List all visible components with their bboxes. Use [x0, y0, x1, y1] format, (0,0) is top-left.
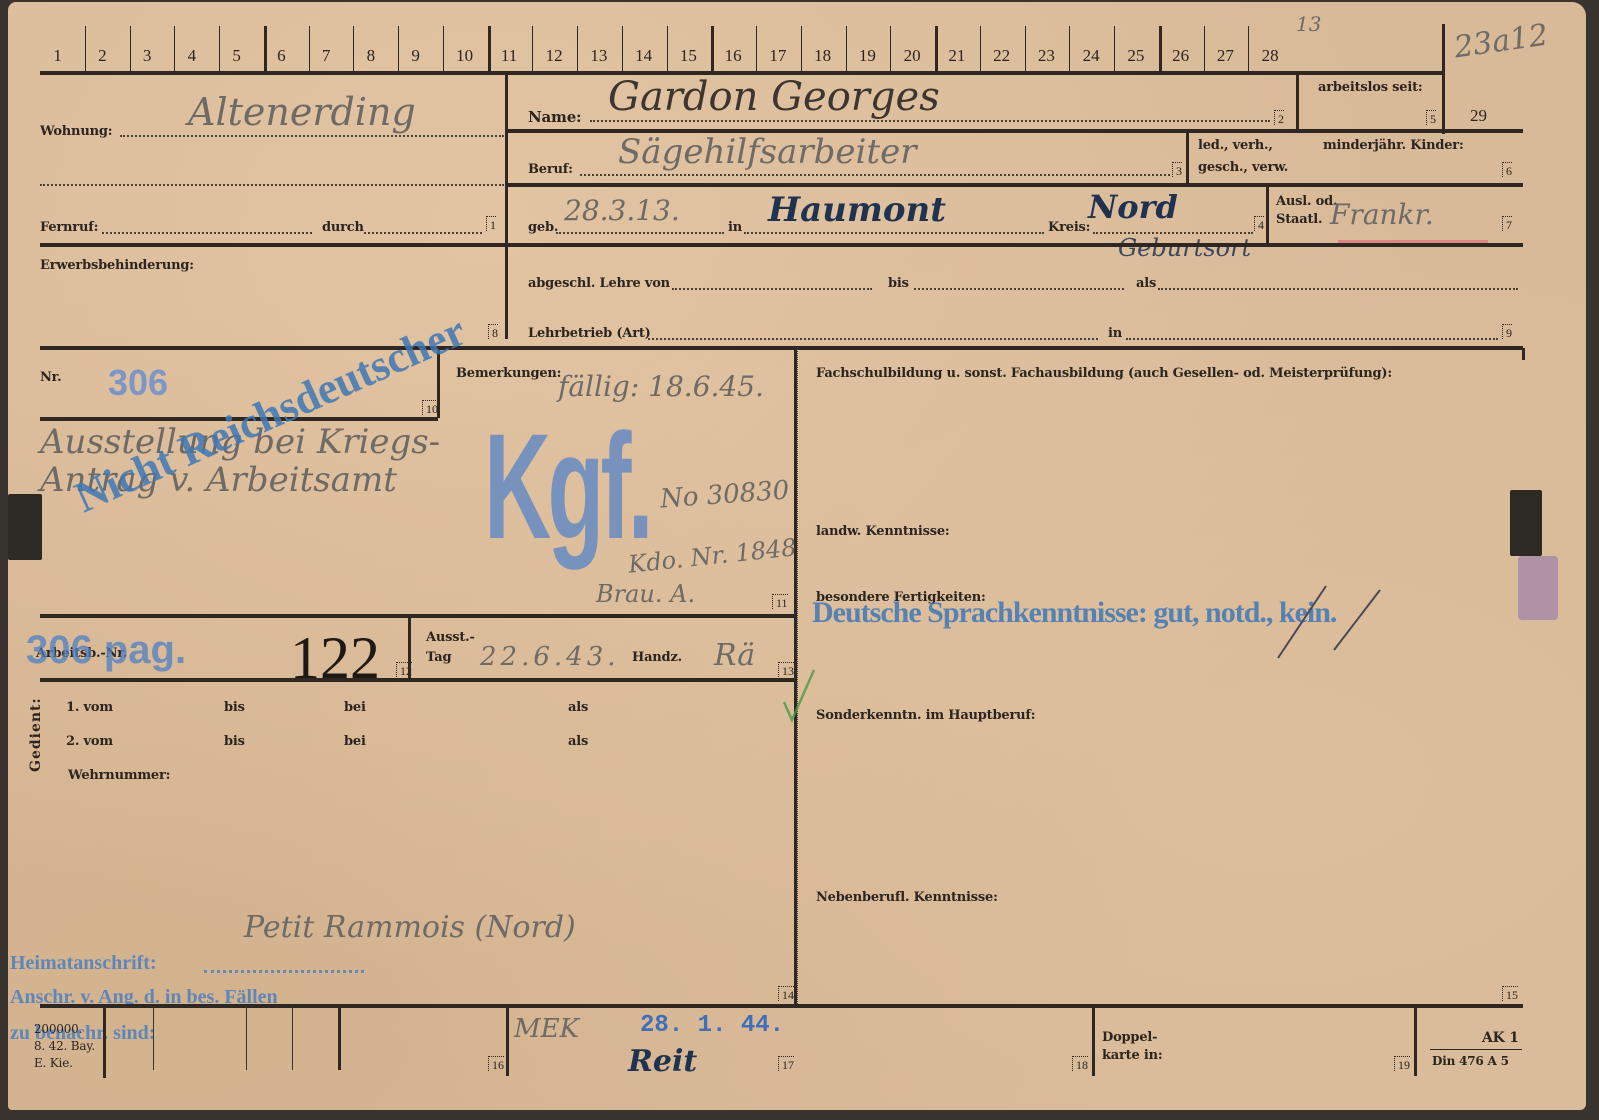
ruler-tick [622, 26, 623, 72]
gedient-row-1-label: 1. vom [66, 700, 113, 715]
fernruf-label: Fernruf: [40, 220, 98, 235]
wohnung-line [120, 135, 504, 137]
ruler-number-28: 28 [1262, 46, 1279, 66]
ruler-number-7: 7 [322, 46, 331, 66]
fachschulbildung-label: Fachschulbildung u. sonst. Fachausbildun… [816, 366, 1392, 381]
ruler-number-14: 14 [635, 46, 652, 66]
ruler-tick [711, 26, 714, 72]
field-number-5: 5 [1426, 110, 1436, 125]
kdo-note: Kdo. Nr. 1848 [627, 533, 798, 578]
ruler-tick [398, 26, 399, 72]
ort-note: Brau. A. [596, 580, 695, 608]
arbeitsbuch-nr-value: 122 [290, 624, 380, 693]
fernruf-line [102, 232, 312, 234]
handzeichen-value: Rä [714, 638, 755, 673]
divider [1092, 1006, 1095, 1076]
durch-label: durch [322, 220, 364, 235]
violet-stamp-fragment [1518, 556, 1558, 620]
ausstellung-label-line1: Ausst.- [426, 630, 475, 645]
gedient-row-1-bis: bis [224, 700, 245, 715]
ausstellung-date[interactable]: 22.6.43. [480, 642, 620, 672]
lehrbetrieb-line [648, 338, 1098, 340]
name-value[interactable]: Gardon Georges [608, 74, 940, 120]
sonderkenntnisse-label: Sonderkenntn. im Hauptberuf: [816, 708, 1035, 723]
lehrbetrieb-in-label: in [1108, 326, 1122, 341]
ruler-tick [85, 26, 86, 72]
field-number-14: 14 [778, 986, 794, 1001]
handwritten-ruler-note: 13 [1296, 12, 1321, 36]
kinder-label: minderjähr. Kinder: [1323, 138, 1464, 153]
row-rule [40, 614, 796, 618]
ruler-tick [1114, 26, 1115, 72]
field-number-18: 18 [1072, 1056, 1088, 1071]
kreis-value[interactable]: Nord [1088, 188, 1178, 226]
ruler-number-10: 10 [456, 46, 473, 66]
ruler-number-12: 12 [546, 46, 563, 66]
row-rule [40, 243, 1523, 247]
ruler-number-9: 9 [411, 46, 420, 66]
ruler-tick [488, 26, 491, 72]
staat-label-line1: Ausl. od. [1276, 194, 1337, 209]
field-number-10: 10 [422, 400, 438, 415]
lehrbetrieb-label: Lehrbetrieb (Art) [528, 326, 651, 341]
thin-divider [153, 1006, 154, 1070]
doppelkarte-label-line2: karte in: [1102, 1048, 1162, 1063]
print-info-line: 200000. [34, 1022, 82, 1036]
ruler-number-8: 8 [367, 46, 376, 66]
nr-value-stamp: 306 [108, 362, 168, 404]
no-number-note: No 30830 [659, 476, 790, 515]
kreis-label: Kreis: [1048, 220, 1090, 235]
ruler-tick [980, 26, 981, 72]
heimatanschrift-stamp-dots [204, 970, 364, 973]
field-number-1: 1 [486, 216, 496, 231]
ausstellung-label-line2: Tag [426, 650, 451, 665]
din-code: Din 476 A 5 [1432, 1054, 1509, 1068]
ruler-number-17: 17 [769, 46, 786, 66]
ruler-number-2: 2 [98, 46, 107, 66]
lehre-als-line [1158, 288, 1518, 290]
ruler-tick [130, 26, 131, 72]
lehre-label: abgeschl. Lehre von [528, 276, 670, 291]
ruler-tick [577, 26, 578, 72]
divider [1442, 24, 1445, 134]
field-number-4: 4 [1254, 216, 1264, 231]
ruler-number-26: 26 [1172, 46, 1189, 66]
doppelkarte-label-line1: Doppel- [1102, 1030, 1157, 1045]
ruler-number-5: 5 [232, 46, 241, 66]
geb-place-line [744, 232, 1044, 234]
wohnung-label: Wohnung: [40, 124, 112, 139]
signature: Reit [628, 1044, 697, 1079]
sprachkenntnisse-stamp: Deutsche Sprachkenntnisse: gut, notd., k… [812, 596, 1336, 630]
wohnung-line-2 [40, 184, 504, 186]
ruler-number-24: 24 [1083, 46, 1100, 66]
bemerkungen-label: Bemerkungen: [456, 366, 561, 381]
geb-place-value[interactable]: Haumont [768, 190, 946, 230]
arbeitsbuch-stamp: 306 pag. [26, 628, 186, 673]
field-number-3: 3 [1172, 162, 1182, 177]
ruler-number-6: 6 [277, 46, 286, 66]
lehre-bis-label: bis [888, 276, 909, 291]
ruler-tick [1069, 26, 1070, 72]
ruler-tick [174, 26, 175, 72]
nebenberuf-label: Nebenberufl. Kenntnisse: [816, 890, 998, 905]
lehre-bis-line [914, 288, 1124, 290]
geb-line [556, 232, 724, 234]
divider [338, 1006, 341, 1070]
thin-divider [246, 1006, 247, 1070]
divider [1414, 1006, 1417, 1076]
print-info-line: 8. 42. Bay. [34, 1039, 95, 1053]
column-divider [505, 74, 508, 339]
row-rule [508, 183, 1523, 187]
pencil-strike-marks [1268, 582, 1388, 662]
ruler-number-15: 15 [680, 46, 697, 66]
ruler-tick [890, 26, 891, 72]
wehrnummer-label: Wehrnummer: [68, 768, 170, 783]
bottom-rule [40, 1004, 1523, 1008]
wohnung-value[interactable]: Altenerding [188, 90, 416, 134]
gedient-row-1-bei: bei [344, 700, 366, 715]
registration-card: 1234567891011121314151617181920212223242… [8, 2, 1586, 1110]
ruler-number-27: 27 [1217, 46, 1234, 66]
landw-kenntnisse-label: landw. Kenntnisse: [816, 524, 950, 539]
durch-line [364, 232, 482, 234]
thin-divider [292, 1006, 293, 1070]
ruler-tick [532, 26, 533, 72]
field-number-2: 2 [1274, 110, 1284, 125]
ruler-tick [846, 26, 847, 72]
form-code-rule [1430, 1049, 1522, 1050]
nr-label: Nr. [40, 370, 61, 385]
ruler-tick [756, 26, 757, 72]
familienstand-line2: gesch., verw. [1198, 160, 1288, 175]
field-number-11: 11 [772, 594, 788, 609]
erwerbsbehinderung-label: Erwerbsbehinderung: [40, 258, 194, 273]
arbeitslos-seit-label: arbeitslos seit: [1318, 80, 1422, 95]
familienstand-line1: led., verh., [1198, 138, 1273, 153]
divider [1266, 185, 1269, 243]
gedient-row-2-als: als [568, 734, 588, 749]
divider [1522, 348, 1525, 360]
corner-reference-note: 23a12 [1452, 18, 1550, 66]
ruler-tick [219, 26, 220, 72]
form-code: AK 1 [1482, 1030, 1519, 1046]
ruler-tick [801, 26, 802, 72]
punch-tab-left [8, 494, 42, 560]
date-stamp: 28. 1. 44. [640, 1012, 784, 1039]
ruler-number-22: 22 [993, 46, 1010, 66]
row-rule [40, 678, 796, 682]
mek-note: MEK [514, 1014, 579, 1044]
gedient-row-1-als: als [568, 700, 588, 715]
ruler-number-25: 25 [1127, 46, 1144, 66]
ruler-number-4: 4 [188, 46, 197, 66]
faellig-note: fällig: 18.6.45. [558, 370, 764, 403]
ruler-number-23: 23 [1038, 46, 1055, 66]
ruler-tick [353, 26, 354, 72]
field-number-29: 29 [1470, 106, 1487, 126]
green-check-mark [780, 666, 820, 726]
ruler-number-18: 18 [814, 46, 831, 66]
geb-date-value[interactable]: 28.3.13. [564, 194, 680, 227]
ruler-tick [935, 26, 938, 72]
field-number-15: 15 [1502, 986, 1518, 1001]
geburtsort-note: Geburtsort [1118, 234, 1251, 262]
gedient-row-2-bis: bis [224, 734, 245, 749]
punch-tab-right [1510, 490, 1542, 556]
ruler-number-20: 20 [904, 46, 921, 66]
ruler-tick [667, 26, 668, 72]
geb-in-label: in [728, 220, 742, 235]
ruler-tick [1204, 26, 1205, 72]
field-number-17: 17 [778, 1056, 794, 1071]
divider [1296, 74, 1299, 129]
staat-value[interactable]: Frankr. [1330, 198, 1434, 231]
field-number-7: 7 [1502, 216, 1512, 231]
ruler-number-21: 21 [948, 46, 965, 66]
divider [506, 1006, 509, 1076]
ruler-number-3: 3 [143, 46, 152, 66]
divider [408, 616, 411, 680]
kgf-stamp: Kgf. [484, 400, 650, 573]
heimatanschrift-stamp-line1: Heimatanschrift: [10, 952, 157, 975]
field-number-6: 6 [1502, 162, 1512, 177]
ruler-tick [1159, 26, 1162, 72]
gedient-label: Gedient: [28, 697, 44, 772]
lehrbetrieb-in-line [1126, 338, 1498, 340]
beruf-label: Beruf: [528, 162, 573, 177]
handzeichen-label: Handz. [632, 650, 682, 665]
ruler-tick [1025, 26, 1026, 72]
row-rule [40, 346, 1523, 350]
field-number-8: 8 [488, 324, 498, 339]
beruf-value[interactable]: Sägehilfsarbeiter [618, 132, 916, 172]
ruler-number-1: 1 [53, 46, 62, 66]
divider [1186, 131, 1189, 183]
print-info-line: E. Kie. [34, 1056, 73, 1070]
ruler-tick [1248, 26, 1249, 72]
staat-label-line2: Staatl. [1276, 212, 1322, 227]
divider [103, 1006, 106, 1078]
ruler-tick [443, 26, 444, 72]
field-number-16: 16 [488, 1056, 504, 1071]
name-line [590, 120, 1270, 122]
beruf-line [580, 174, 1170, 176]
field-number-19: 19 [1394, 1056, 1410, 1071]
gedient-row-2-bei: bei [344, 734, 366, 749]
ruler-number-13: 13 [590, 46, 607, 66]
geb-label: geb. [528, 220, 558, 235]
ruler-tick [264, 26, 267, 72]
ruler-number-19: 19 [859, 46, 876, 66]
field-number-9: 9 [1502, 324, 1512, 339]
heimatanschrift-value[interactable]: Petit Rammois (Nord) [244, 910, 576, 945]
ruler-number-11: 11 [501, 46, 517, 66]
ruler-number-16: 16 [725, 46, 742, 66]
ruler-tick [309, 26, 310, 72]
lehre-von-line [672, 288, 872, 290]
gedient-row-2-label: 2. vom [66, 734, 113, 749]
name-label: Name: [528, 108, 581, 126]
lehre-als-label: als [1136, 276, 1156, 291]
